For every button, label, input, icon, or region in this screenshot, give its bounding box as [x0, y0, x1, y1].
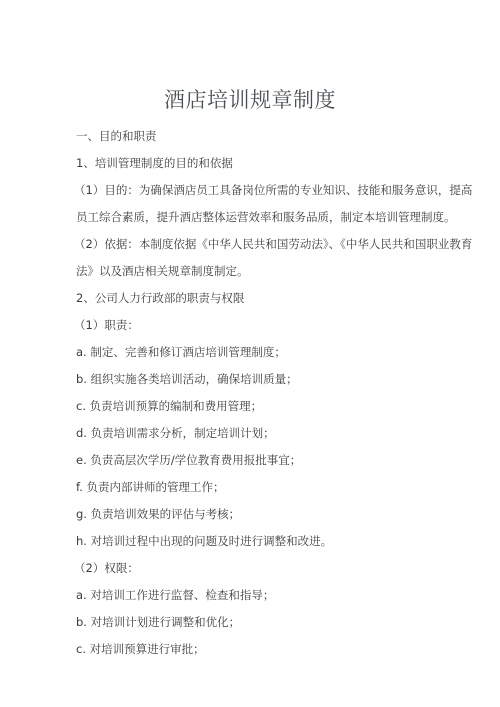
document-page: 酒店培训规章制度 一、目的和职责 1、培训管理制度的目的和依据 （1）目的：为确…	[0, 0, 500, 707]
list-item: c. 负责培训预算的编制和费用管理；	[76, 398, 262, 414]
subsection-heading: 2、公司人力行政部的职责与权限	[76, 290, 244, 306]
list-item: d. 负责培训需求分析，制定培训计划；	[76, 425, 275, 441]
list-item: a. 对培训工作进行监督、检查和指导；	[76, 587, 274, 603]
list-heading: （1）职责：	[74, 317, 139, 333]
subsection-heading: 1、培训管理制度的目的和依据	[76, 155, 233, 171]
list-item: b. 对培训计划进行调整和优化；	[76, 614, 240, 630]
list-item: g. 负责培训效果的评估与考核；	[76, 506, 240, 522]
list-item: a. 制定、完善和修订酒店培训管理制度；	[76, 344, 286, 360]
list-heading: （2）权限：	[74, 560, 139, 576]
list-item: c. 对培训预算进行审批；	[76, 641, 205, 657]
list-item: b. 组织实施各类培训活动，确保培训质量；	[76, 371, 298, 387]
paragraph-line: （2）依据：本制度依据《中华人民共和国劳动法》、《中华人民共和国职业教育	[74, 236, 472, 252]
paragraph-line: 法》以及酒店相关规章制度制定。	[76, 263, 249, 279]
list-item: e. 负责高层次学历/学位教育费用报批事宜；	[76, 452, 301, 468]
section-heading: 一、目的和职责	[76, 128, 157, 144]
paragraph-line: 员工综合素质，提升酒店整体运营效率和服务品质，制定本培训管理制度。	[76, 209, 456, 225]
list-item: h. 对培训过程中出现的问题及时进行调整和改进。	[76, 533, 332, 549]
list-item: f. 负责内部讲师的管理工作；	[76, 479, 225, 495]
document-title: 酒店培训规章制度	[0, 84, 500, 114]
paragraph-line: （1）目的：为确保酒店员工具备岗位所需的专业知识、技能和服务意识，提高	[74, 182, 472, 198]
